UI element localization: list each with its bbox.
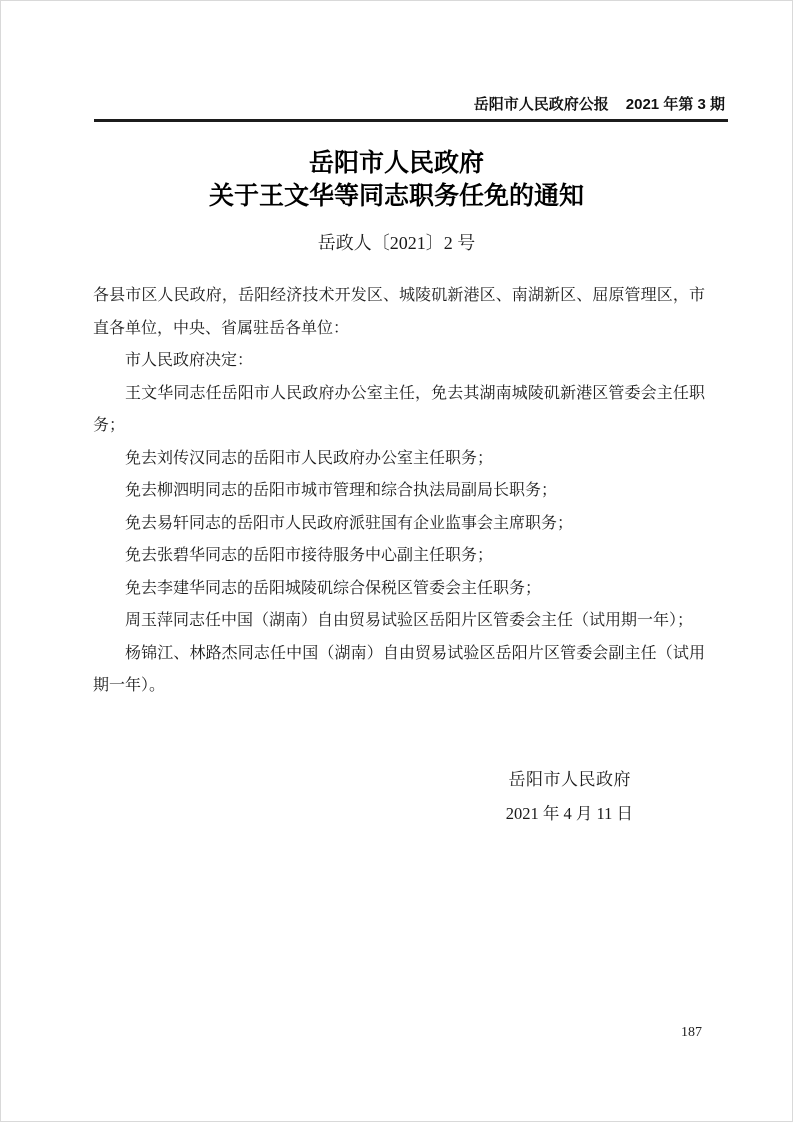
gazette-issue: 2021 年第 3 期 <box>626 96 725 113</box>
body-paragraph: 免去刘传汉同志的岳阳市人民政府办公室主任职务； <box>93 443 705 476</box>
body-paragraph: 市人民政府决定： <box>93 345 705 378</box>
gazette-header: 岳阳市人民政府公报2021 年第 3 期 <box>474 93 725 114</box>
body-paragraph: 杨锦江、林路杰同志任中国（湖南）自由贸易试验区岳阳片区管委会副主任（试用期一年）… <box>93 638 705 703</box>
document-page: 岳阳市人民政府公报2021 年第 3 期 岳阳市人民政府 关于王文华等同志职务任… <box>0 0 793 1122</box>
document-title-line2: 关于王文华等同志职务任免的通知 <box>1 180 792 213</box>
header-rule <box>94 119 728 122</box>
document-title-line1: 岳阳市人民政府 <box>1 147 792 180</box>
document-title: 岳阳市人民政府 关于王文华等同志职务任免的通知 <box>1 147 792 213</box>
body-paragraph: 王文华同志任岳阳市人民政府办公室主任，免去其湖南城陵矶新港区管委会主任职务； <box>93 378 705 443</box>
body-paragraph: 免去李建华同志的岳阳城陵矶综合保税区管委会主任职务； <box>93 573 705 606</box>
page-number: 187 <box>681 1025 702 1041</box>
document-body: 各县市区人民政府，岳阳经济技术开发区、城陵矶新港区、南湖新区、屈原管理区，市直各… <box>93 280 705 703</box>
body-paragraph: 免去易轩同志的岳阳市人民政府派驻国有企业监事会主席职务； <box>93 508 705 541</box>
body-paragraph: 免去张碧华同志的岳阳市接待服务中心副主任职务； <box>93 540 705 573</box>
signature-issuer: 岳阳市人民政府 <box>509 765 632 790</box>
body-paragraph: 周玉萍同志任中国（湖南）自由贸易试验区岳阳片区管委会主任（试用期一年）； <box>93 605 705 638</box>
document-number: 岳政人〔2021〕2 号 <box>1 229 792 255</box>
signature-date: 2021 年 4 月 11 日 <box>506 800 633 824</box>
body-paragraph: 各县市区人民政府，岳阳经济技术开发区、城陵矶新港区、南湖新区、屈原管理区，市直各… <box>93 280 705 345</box>
body-paragraph: 免去柳泗明同志的岳阳市城市管理和综合执法局副局长职务； <box>93 475 705 508</box>
gazette-title: 岳阳市人民政府公报 <box>474 96 609 113</box>
